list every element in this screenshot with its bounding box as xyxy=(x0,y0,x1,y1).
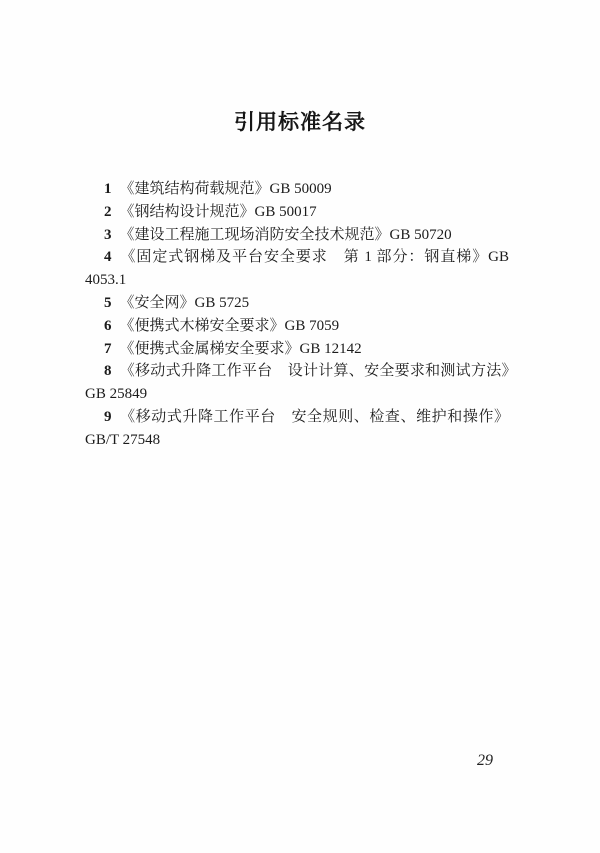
item-text: 《建筑结构荷载规范》GB 50009 xyxy=(120,181,332,197)
list-item: 7《便携式金属梯安全要求》GB 12142 xyxy=(85,338,509,361)
item-number: 4 xyxy=(104,249,112,265)
item-number: 6 xyxy=(104,318,112,334)
item-number: 1 xyxy=(104,181,112,197)
document-page: 引用标准名录 1《建筑结构荷载规范》GB 50009 2《钢结构设计规范》GB … xyxy=(0,0,600,853)
item-number: 5 xyxy=(104,295,112,311)
list-item: 8《移动式升降工作平台 设计计算、安全要求和测试方法》GB 25849 xyxy=(85,360,509,406)
item-number: 8 xyxy=(104,363,112,379)
item-text: 《固定式钢梯及平台安全要求 第 1 部分：钢直梯》GB 4053.1 xyxy=(85,249,509,288)
list-item: 4《固定式钢梯及平台安全要求 第 1 部分：钢直梯》GB 4053.1 xyxy=(85,246,509,292)
page-number: 29 xyxy=(477,752,493,770)
item-text: 《建设工程施工现场消防安全技术规范》GB 50720 xyxy=(120,227,452,243)
list-item: 2《钢结构设计规范》GB 50017 xyxy=(85,201,509,224)
item-number: 2 xyxy=(104,204,112,220)
item-number: 3 xyxy=(104,227,112,243)
item-text: 《移动式升降工作平台 安全规则、检查、维护和操作》GB/T 27548 xyxy=(85,409,509,448)
list-item: 9《移动式升降工作平台 安全规则、检查、维护和操作》GB/T 27548 xyxy=(85,406,509,452)
standards-list: 1《建筑结构荷载规范》GB 50009 2《钢结构设计规范》GB 50017 3… xyxy=(85,178,509,452)
item-number: 7 xyxy=(104,341,112,357)
item-text: 《安全网》GB 5725 xyxy=(120,295,250,311)
item-number: 9 xyxy=(104,409,112,425)
item-text: 《移动式升降工作平台 设计计算、安全要求和测试方法》GB 25849 xyxy=(85,363,509,402)
page-title: 引用标准名录 xyxy=(0,0,600,136)
item-text: 《便携式金属梯安全要求》GB 12142 xyxy=(120,341,362,357)
item-text: 《钢结构设计规范》GB 50017 xyxy=(120,204,317,220)
list-item: 3《建设工程施工现场消防安全技术规范》GB 50720 xyxy=(85,224,509,247)
list-item: 6《便携式木梯安全要求》GB 7059 xyxy=(85,315,509,338)
item-text: 《便携式木梯安全要求》GB 7059 xyxy=(120,318,340,334)
list-item: 1《建筑结构荷载规范》GB 50009 xyxy=(85,178,509,201)
list-item: 5《安全网》GB 5725 xyxy=(85,292,509,315)
